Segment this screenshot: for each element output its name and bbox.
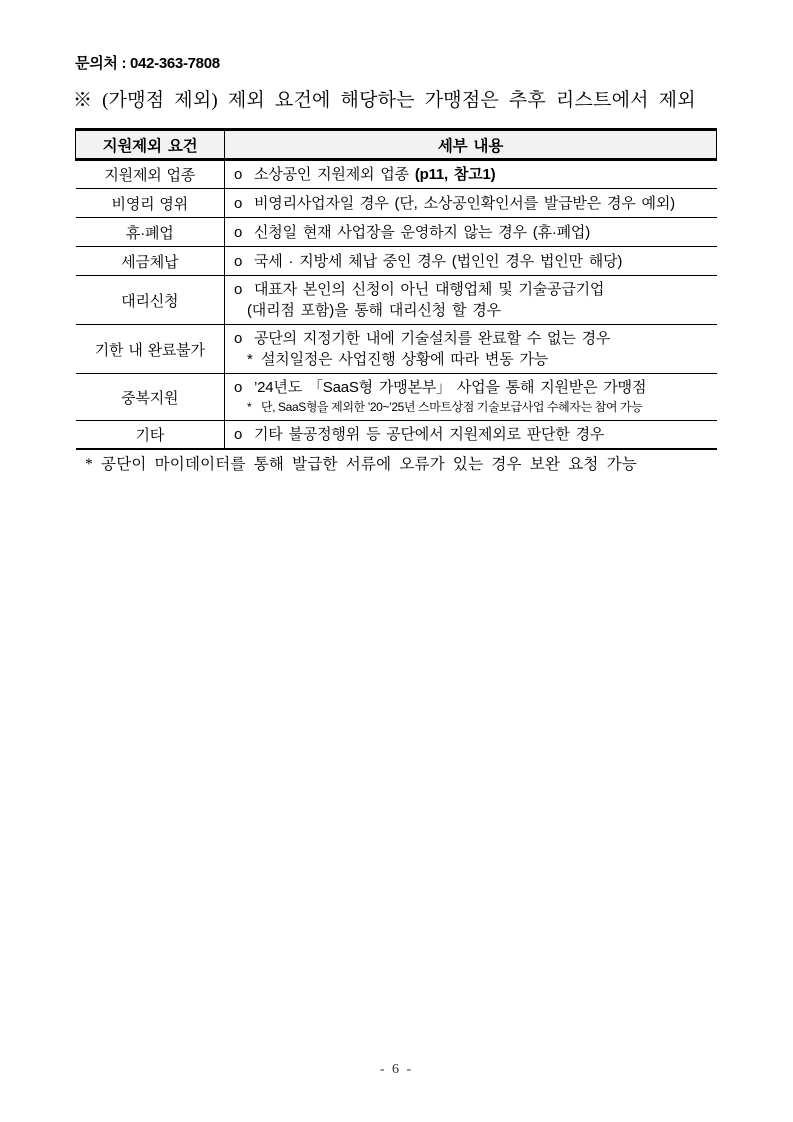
line-text: 기타 불공정행위 등 공단에서 지원제외로 판단한 경우 — [254, 426, 604, 443]
table-row: 중복지원 o’24년도 「SaaS형 가맹본부」 사업을 통해 지원받은 가맹점… — [76, 374, 717, 421]
table-row: 대리신청 o대표자 본인의 신청이 아닌 대행업체 및 기술공급기업 (대리점 … — [76, 276, 717, 325]
line-text: 소상공인 지원제외 업종 — [254, 166, 415, 183]
header-cell-detail: 세부 내용 — [225, 130, 717, 160]
line-text: 단, SaaS형을 제외한 ’20~’25년 스마트상점 기술보급사업 수혜자는… — [261, 400, 642, 414]
document-page: 문의처 : 042-363-7808 ※ (가맹점 제외) 제외 요건에 해당하… — [0, 0, 793, 1122]
detail-line: o신청일 현재 사업장을 운영하지 않는 경우 (휴·폐업) — [234, 222, 713, 243]
detail-line: o국세 · 지방세 체납 중인 경우 (법인인 경우 법인만 해당) — [234, 251, 713, 272]
header-cell-criteria: 지원제외 요건 — [76, 130, 225, 160]
exclusion-criteria-table: 지원제외 요건 세부 내용 지원제외 업종 o소상공인 지원제외 업종 (p11… — [75, 128, 717, 450]
bullet-marker: o — [234, 424, 245, 445]
bullet-marker: o — [234, 193, 245, 214]
section-heading: ※ (가맹점 제외) 제외 요건에 해당하는 가맹점은 추후 리스트에서 제외 — [73, 85, 696, 112]
line-text: 국세 · 지방세 체납 중인 경우 (법인인 경우 법인만 해당) — [254, 253, 622, 270]
detail-subnote: *단, SaaS형을 제외한 ’20~’25년 스마트상점 기술보급사업 수혜자… — [234, 398, 713, 417]
line-text: (대리점 포함)을 통해 대리신청 할 경우 — [247, 302, 501, 319]
detail-line: o소상공인 지원제외 업종 (p11, 참고1) — [234, 164, 713, 185]
detail-line: o공단의 지정기한 내에 기술설치를 완료할 수 없는 경우 — [234, 328, 713, 349]
criteria-cell: 기한 내 완료불가 — [76, 325, 225, 374]
line-text: 공단의 지정기한 내에 기술설치를 완료할 수 없는 경우 — [254, 330, 610, 347]
detail-cell: o대표자 본인의 신청이 아닌 대행업체 및 기술공급기업 (대리점 포함)을 … — [225, 276, 717, 325]
table-row: 세금체납 o국세 · 지방세 체납 중인 경우 (법인인 경우 법인만 해당) — [76, 247, 717, 276]
criteria-cell: 세금체납 — [76, 247, 225, 276]
table-row: 휴·폐업 o신청일 현재 사업장을 운영하지 않는 경우 (휴·폐업) — [76, 218, 717, 247]
asterisk-marker: * — [247, 349, 255, 370]
detail-line-continuation: (대리점 포함)을 통해 대리신청 할 경우 — [234, 300, 713, 321]
criteria-cell: 대리신청 — [76, 276, 225, 325]
detail-line: o대표자 본인의 신청이 아닌 대행업체 및 기술공급기업 — [234, 279, 713, 300]
detail-cell: o공단의 지정기한 내에 기술설치를 완료할 수 없는 경우 *설치일정은 사업… — [225, 325, 717, 374]
page-number: - 6 - — [0, 1062, 793, 1078]
criteria-cell: 지원제외 업종 — [76, 160, 225, 189]
detail-cell: o신청일 현재 사업장을 운영하지 않는 경우 (휴·폐업) — [225, 218, 717, 247]
detail-cell: o소상공인 지원제외 업종 (p11, 참고1) — [225, 160, 717, 189]
bullet-marker: o — [234, 328, 245, 349]
line-text: 대표자 본인의 신청이 아닌 대행업체 및 기술공급기업 — [254, 281, 604, 298]
criteria-cell: 비영리 영위 — [76, 189, 225, 218]
table-row: 비영리 영위 o비영리사업자일 경우 (단, 소상공인확인서를 발급받은 경우 … — [76, 189, 717, 218]
table-header-row: 지원제외 요건 세부 내용 — [76, 130, 717, 160]
table-row: 기타 o기타 불공정행위 등 공단에서 지원제외로 판단한 경우 — [76, 421, 717, 450]
detail-cell: o’24년도 「SaaS형 가맹본부」 사업을 통해 지원받은 가맹점 *단, … — [225, 374, 717, 421]
detail-cell: o비영리사업자일 경우 (단, 소상공인확인서를 발급받은 경우 예외) — [225, 189, 717, 218]
bullet-marker: o — [234, 164, 245, 185]
line-text: 설치일정은 사업진행 상황에 따라 변동 가능 — [261, 351, 548, 368]
contact-info: 문의처 : 042-363-7808 — [75, 52, 220, 73]
bullet-marker: o — [234, 251, 245, 272]
bullet-marker: o — [234, 377, 245, 398]
line-text-bold: (p11, 참고1) — [415, 166, 496, 183]
footnote: * 공단이 마이데이터를 통해 발급한 서류에 오류가 있는 경우 보완 요청 … — [85, 452, 637, 474]
detail-line: o기타 불공정행위 등 공단에서 지원제외로 판단한 경우 — [234, 424, 713, 445]
criteria-cell: 중복지원 — [76, 374, 225, 421]
detail-line: o’24년도 「SaaS형 가맹본부」 사업을 통해 지원받은 가맹점 — [234, 377, 713, 398]
detail-cell: o기타 불공정행위 등 공단에서 지원제외로 판단한 경우 — [225, 421, 717, 450]
asterisk-marker: * — [247, 398, 255, 417]
line-text: ’24년도 「SaaS형 가맹본부」 사업을 통해 지원받은 가맹점 — [254, 379, 646, 396]
criteria-cell: 휴·폐업 — [76, 218, 225, 247]
detail-line: o비영리사업자일 경우 (단, 소상공인확인서를 발급받은 경우 예외) — [234, 193, 713, 214]
criteria-cell: 기타 — [76, 421, 225, 450]
table-row: 지원제외 업종 o소상공인 지원제외 업종 (p11, 참고1) — [76, 160, 717, 189]
detail-cell: o국세 · 지방세 체납 중인 경우 (법인인 경우 법인만 해당) — [225, 247, 717, 276]
bullet-marker: o — [234, 222, 245, 243]
table-row: 기한 내 완료불가 o공단의 지정기한 내에 기술설치를 완료할 수 없는 경우… — [76, 325, 717, 374]
bullet-marker: o — [234, 279, 245, 300]
line-text: 비영리사업자일 경우 (단, 소상공인확인서를 발급받은 경우 예외) — [254, 195, 675, 212]
detail-subnote: *설치일정은 사업진행 상황에 따라 변동 가능 — [234, 349, 713, 370]
line-text: 신청일 현재 사업장을 운영하지 않는 경우 (휴·폐업) — [254, 224, 590, 241]
